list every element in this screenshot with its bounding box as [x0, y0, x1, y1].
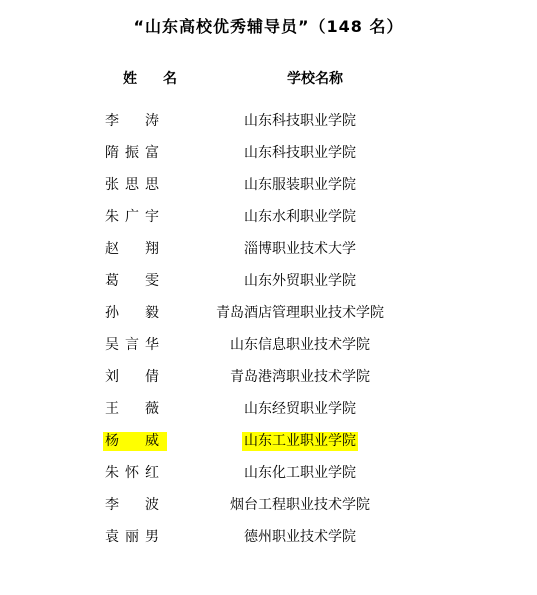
school-cell-text: 山东信息职业技术学院	[228, 336, 372, 355]
table-row: 赵 翔 淄博职业技术大学	[0, 234, 537, 266]
school-cell: 山东外贸职业学院	[180, 266, 420, 298]
table-row: 吴言华 山东信息职业技术学院	[0, 330, 537, 362]
name-cell: 杨 威	[103, 426, 167, 458]
name-cell-text: 隋振富	[103, 144, 167, 163]
school-cell: 山东工业职业学院	[180, 426, 420, 458]
school-cell-text: 山东水利职业学院	[242, 208, 358, 227]
table-row: 李 涛 山东科技职业学院	[0, 106, 537, 138]
name-cell: 朱广宇	[103, 202, 167, 234]
school-cell: 烟台工程职业技术学院	[180, 490, 420, 522]
name-cell: 袁丽男	[103, 522, 167, 554]
school-cell: 山东服装职业学院	[180, 170, 420, 202]
table-row: 朱怀红 山东化工职业学院	[0, 458, 537, 490]
name-cell-text: 朱广宇	[103, 208, 167, 227]
school-cell-text: 德州职业技术学院	[242, 528, 358, 547]
name-cell-text: 葛 雯	[103, 272, 167, 291]
name-cell: 隋振富	[103, 138, 167, 170]
table-row: 孙 毅 青岛酒店管理职业技术学院	[0, 298, 537, 330]
name-cell-text: 吴言华	[103, 336, 167, 355]
school-cell: 青岛酒店管理职业技术学院	[180, 298, 420, 330]
school-cell: 山东经贸职业学院	[180, 394, 420, 426]
school-cell-text: 青岛港湾职业技术学院	[228, 368, 372, 387]
document-title: “山东高校优秀辅导员”（148 名）	[0, 14, 537, 37]
table-row: 袁丽男 德州职业技术学院	[0, 522, 537, 554]
name-cell-text: 李 波	[103, 496, 167, 515]
school-cell: 山东信息职业技术学院	[180, 330, 420, 362]
table-row: 张思思 山东服装职业学院	[0, 170, 537, 202]
school-cell-text: 青岛酒店管理职业技术学院	[214, 304, 386, 323]
table-row: 葛 雯 山东外贸职业学院	[0, 266, 537, 298]
name-cell: 葛 雯	[103, 266, 167, 298]
name-cell: 李 波	[103, 490, 167, 522]
header-school-column: 学校名称	[287, 72, 343, 87]
table-row: 李 波 烟台工程职业技术学院	[0, 490, 537, 522]
school-cell: 山东科技职业学院	[180, 138, 420, 170]
table-body: 李 涛 山东科技职业学院 隋振富 山东科技职业学院 张思思 山东服装职业学院 朱…	[0, 106, 537, 554]
school-cell: 德州职业技术学院	[180, 522, 420, 554]
name-cell: 刘 倩	[103, 362, 167, 394]
school-cell-text: 烟台工程职业技术学院	[228, 496, 372, 515]
header-name-column: 姓 名	[123, 72, 183, 87]
school-cell: 山东化工职业学院	[180, 458, 420, 490]
name-cell: 孙 毅	[103, 298, 167, 330]
name-cell: 朱怀红	[103, 458, 167, 490]
table-row: 朱广宇 山东水利职业学院	[0, 202, 537, 234]
table-row: 刘 倩 青岛港湾职业技术学院	[0, 362, 537, 394]
table-header: 姓 名 学校名称	[0, 72, 537, 88]
name-cell-text: 刘 倩	[103, 368, 167, 387]
table-row: 王 薇 山东经贸职业学院	[0, 394, 537, 426]
name-cell-text: 袁丽男	[103, 528, 167, 547]
school-cell-text: 山东科技职业学院	[242, 144, 358, 163]
name-cell-text: 张思思	[103, 176, 167, 195]
school-cell-text: 淄博职业技术大学	[242, 240, 358, 259]
school-cell: 山东科技职业学院	[180, 106, 420, 138]
name-cell: 吴言华	[103, 330, 167, 362]
name-cell-text: 杨 威	[103, 432, 167, 451]
school-cell-text: 山东外贸职业学院	[242, 272, 358, 291]
table-row-highlighted: 杨 威 山东工业职业学院	[0, 426, 537, 458]
school-cell-text: 山东经贸职业学院	[242, 400, 358, 419]
name-cell: 赵 翔	[103, 234, 167, 266]
table-row: 隋振富 山东科技职业学院	[0, 138, 537, 170]
name-cell: 王 薇	[103, 394, 167, 426]
school-cell-text: 山东化工职业学院	[242, 464, 358, 483]
name-cell-text: 李 涛	[103, 112, 167, 131]
name-cell: 张思思	[103, 170, 167, 202]
document-page: “山东高校优秀辅导员”（148 名） 姓 名 学校名称 李 涛 山东科技职业学院…	[0, 0, 537, 595]
school-cell-text: 山东服装职业学院	[242, 176, 358, 195]
name-cell-text: 王 薇	[103, 400, 167, 419]
name-cell-text: 赵 翔	[103, 240, 167, 259]
name-cell-text: 朱怀红	[103, 464, 167, 483]
school-cell-text: 山东工业职业学院	[242, 432, 358, 451]
name-cell-text: 孙 毅	[103, 304, 167, 323]
school-cell-text: 山东科技职业学院	[242, 112, 358, 131]
name-cell: 李 涛	[103, 106, 167, 138]
school-cell: 青岛港湾职业技术学院	[180, 362, 420, 394]
school-cell: 淄博职业技术大学	[180, 234, 420, 266]
school-cell: 山东水利职业学院	[180, 202, 420, 234]
